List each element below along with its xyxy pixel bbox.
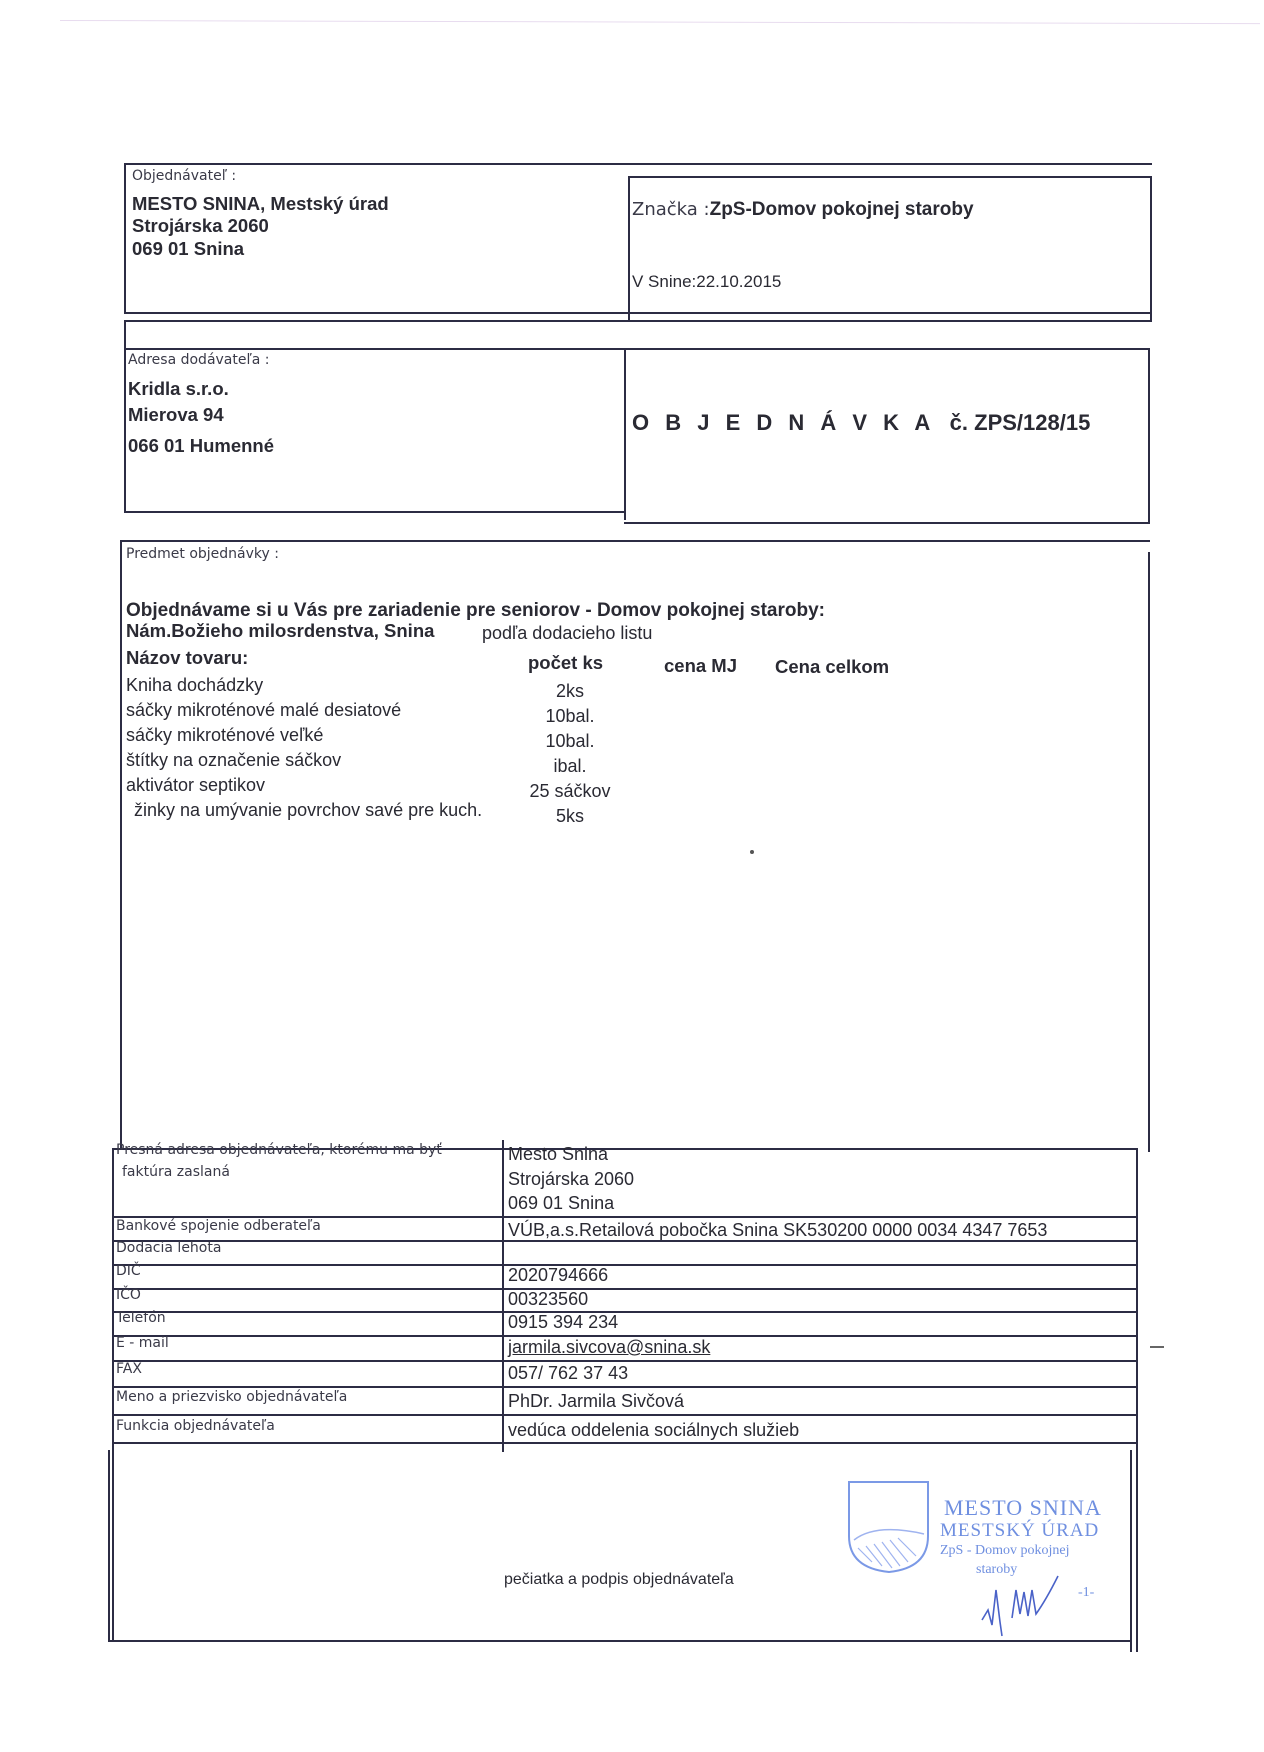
row-divider xyxy=(112,1442,1138,1444)
orderer-name: MESTO SNINA, Mestský úrad xyxy=(132,193,389,215)
item-qty: 10bal. xyxy=(500,731,640,752)
supplier-street: Mierova 94 xyxy=(128,404,224,426)
coat-of-arms-icon xyxy=(846,1478,932,1574)
detail-value: 057/ 762 37 43 xyxy=(508,1363,628,1384)
orderer-city: 069 01 Snina xyxy=(132,238,244,260)
signature-scribble-icon xyxy=(974,1570,1084,1640)
detail-value: 00323560 xyxy=(508,1289,588,1310)
order-title: O B J E D N Á V K A xyxy=(632,410,935,435)
scan-mark xyxy=(1150,1346,1164,1348)
item-name: žinky na umývanie povrchov savé pre kuch… xyxy=(134,800,482,821)
invoice-address-3: 069 01 Snina xyxy=(508,1193,614,1214)
row-divider xyxy=(112,1360,1138,1362)
detail-label: Meno a priezvisko objednávateľa xyxy=(116,1389,347,1405)
detail-value: vedúca oddelenia sociálnych služieb xyxy=(508,1420,799,1441)
item-qty: ibal. xyxy=(500,756,640,777)
subject-intro: Objednávame si u Vás pre zariadenie pre … xyxy=(126,600,825,622)
item-name: sáčky mikroténové veľké xyxy=(126,725,323,746)
detail-label: Funkcia objednávateľa xyxy=(116,1418,275,1434)
row-divider xyxy=(112,1386,1138,1388)
col-item-header: Názov tovaru: xyxy=(126,647,248,669)
supplier-city: 066 01 Humenné xyxy=(128,435,274,457)
order-heading: O B J E D N Á V K A č. ZPS/128/15 xyxy=(632,410,1090,436)
subject-location: Nám.Božieho milosrdenstva, Snina xyxy=(126,620,434,642)
item-name: Kniha dochádzky xyxy=(126,675,263,696)
subject-label: Predmet objednávky : xyxy=(126,546,279,562)
scan-artifact-line xyxy=(60,20,1260,24)
mark-label: Značka : xyxy=(632,199,710,220)
row-divider xyxy=(112,1288,1138,1290)
detail-value: VÚB,a.s.Retailová pobočka Snina SK530200… xyxy=(508,1220,1047,1241)
item-name: sáčky mikroténové malé desiatové xyxy=(126,700,401,721)
stamp-line-3: ZpS - Domov pokojnej xyxy=(940,1543,1070,1559)
invoice-address-2: Strojárska 2060 xyxy=(508,1169,634,1190)
mark-value: ZpS-Domov pokojnej staroby xyxy=(710,199,974,220)
detail-value: 0915 394 234 xyxy=(508,1312,618,1333)
email-link[interactable]: jarmila.sivcova@snina.sk xyxy=(508,1337,710,1358)
scan-dot xyxy=(750,850,754,854)
orderer-street: Strojárska 2060 xyxy=(132,215,269,237)
signature-label: pečiatka a podpis objednávateľa xyxy=(504,1571,734,1589)
supplier-name: Kridla s.r.o. xyxy=(128,378,229,400)
supplier-label: Adresa dodávateľa : xyxy=(128,352,269,368)
item-qty: 2ks xyxy=(500,681,640,702)
item-qty: 25 sáčkov xyxy=(500,781,640,802)
order-date: V Snine:22.10.2015 xyxy=(632,272,781,292)
row-divider xyxy=(112,1240,1138,1242)
subject-note: podľa dodacieho listu xyxy=(482,623,652,644)
item-name: štítky na označenie sáčkov xyxy=(126,750,341,771)
row-divider xyxy=(112,1264,1138,1266)
detail-label: FAX xyxy=(116,1361,142,1377)
detail-label: Dodacia lehota xyxy=(116,1240,221,1256)
order-number: č. ZPS/128/15 xyxy=(950,410,1091,435)
item-qty: 10bal. xyxy=(500,706,640,727)
detail-label: IČO xyxy=(116,1287,141,1303)
invoice-address-label-1: Presná adresa objednávateľa, ktorému ma … xyxy=(116,1142,442,1158)
stamp-line-1: MESTO SNINA xyxy=(944,1495,1102,1521)
row-divider xyxy=(112,1311,1138,1313)
detail-value: PhDr. Jarmila Sivčová xyxy=(508,1391,684,1412)
detail-label: Telefón xyxy=(116,1310,166,1326)
detail-label: DIČ xyxy=(116,1263,141,1279)
detail-value: 2020794666 xyxy=(508,1265,608,1286)
item-name: aktivátor septikov xyxy=(126,775,265,796)
invoice-address-label-2: faktúra zaslaná xyxy=(122,1164,230,1180)
col-qty-header: počet ks xyxy=(528,652,603,674)
stamp-line-2: MESTSKÝ ÚRAD xyxy=(940,1520,1099,1542)
detail-label: Bankové spojenie odberateľa xyxy=(116,1218,321,1234)
col-total-header: Cena celkom xyxy=(775,656,889,678)
row-divider xyxy=(112,1414,1138,1416)
mark-field: Značka :ZpS-Domov pokojnej staroby xyxy=(632,199,974,221)
invoice-address-1: Mesto Snina xyxy=(508,1144,608,1165)
col-unit-price-header: cena MJ xyxy=(664,655,737,677)
orderer-label: Objednávateľ : xyxy=(132,168,236,184)
detail-label: E - mail xyxy=(116,1335,169,1351)
item-qty: 5ks xyxy=(500,806,640,827)
